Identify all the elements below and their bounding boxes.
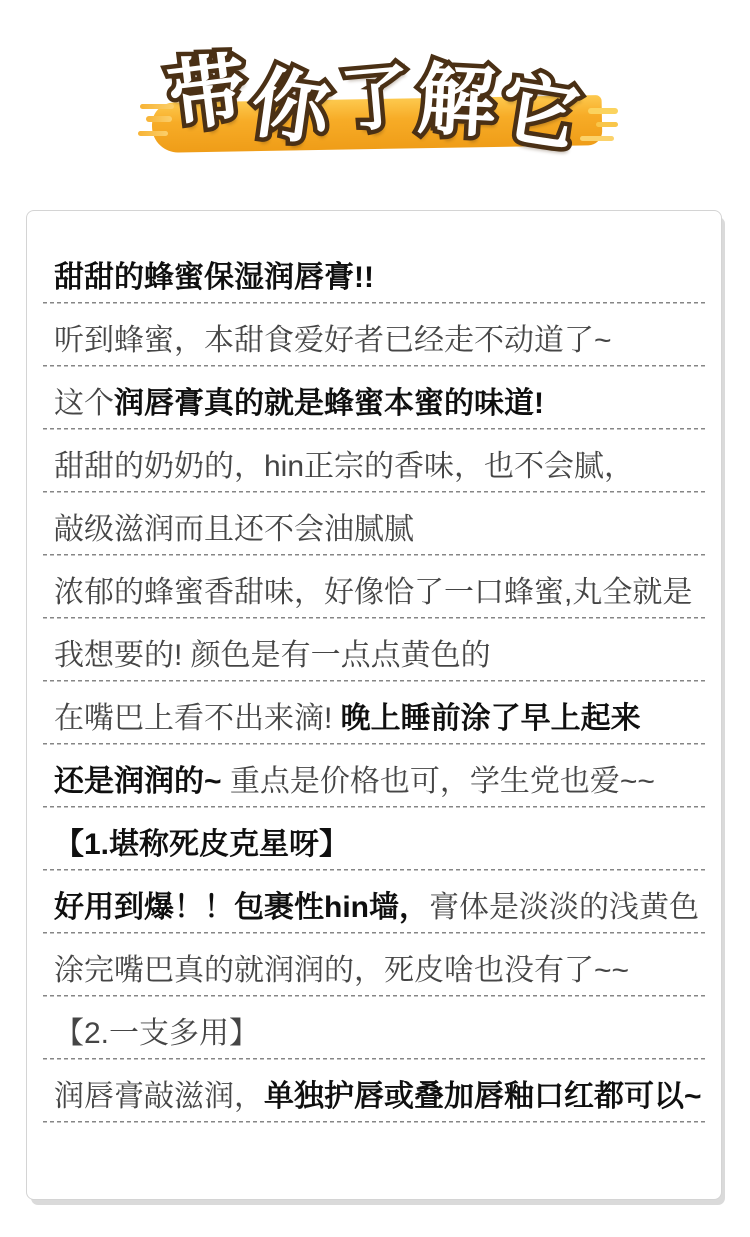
- page-title: 带 你 了 解 它: [0, 52, 750, 130]
- text-segment: 涂完嘴巴真的就润润的，死皮啥也没有了~~: [54, 956, 629, 986]
- dashed-divider: [43, 491, 705, 493]
- content-row: 甜甜的蜂蜜保湿润唇膏!!: [41, 260, 707, 304]
- title-char: 你: [247, 63, 335, 151]
- text-segment: 还是润润的~: [54, 767, 230, 797]
- dashed-divider: [43, 806, 705, 808]
- dashed-divider: [43, 995, 705, 997]
- text-segment: 润唇膏真的就是蜂蜜本蜜的味道!: [114, 389, 544, 419]
- text-line: 浓郁的蜂蜜香甜味，好像恰了一口蜂蜜,丸全就是: [41, 575, 707, 611]
- text-segment: 【2.一支多用】: [54, 1019, 259, 1049]
- dashed-divider: [43, 365, 705, 367]
- text-line: 听到蜂蜜，本甜食爱好者已经走不动道了~: [41, 323, 707, 359]
- text-line: 甜甜的蜂蜜保湿润唇膏!!: [41, 260, 707, 296]
- content-row: 涂完嘴巴真的就润润的，死皮啥也没有了~~: [41, 953, 707, 997]
- text-line: 这个润唇膏真的就是蜂蜜本蜜的味道!: [41, 386, 707, 422]
- text-line: 我想要的! 颜色是有一点点黄色的: [41, 638, 707, 674]
- dashed-divider: [43, 932, 705, 934]
- dashed-divider: [43, 554, 705, 556]
- brush-splatter: [580, 136, 614, 141]
- text-segment: 重点是价格也可，学生党也爱~~: [230, 767, 655, 797]
- content-row: 听到蜂蜜，本甜食爱好者已经走不动道了~: [41, 323, 707, 367]
- content-row: 这个润唇膏真的就是蜂蜜本蜜的味道!: [41, 386, 707, 430]
- dashed-divider: [43, 1058, 705, 1060]
- text-line: 甜甜的奶奶的，hin正宗的香味，也不会腻，: [41, 449, 707, 485]
- content-row: 【2.一支多用】: [41, 1016, 707, 1060]
- content-row: 敲级滋润而且还不会油腻腻: [41, 512, 707, 556]
- content-row: 还是润润的~ 重点是价格也可，学生党也爱~~: [41, 764, 707, 808]
- content-row: 好用到爆！！包裹性hin墙，膏体是淡淡的浅黄色: [41, 890, 707, 934]
- text-line: 在嘴巴上看不出来滴! 晚上睡前涂了早上起来: [41, 701, 707, 737]
- text-segment: 在嘴巴上看不出来滴!: [54, 704, 341, 734]
- text-segment: 敲级滋润而且还不会油腻腻: [54, 515, 414, 545]
- text-segment: 甜甜的蜂蜜保湿润唇膏!!: [54, 263, 374, 293]
- content-row: 【1.堪称死皮克星呀】: [41, 827, 707, 871]
- title-banner: 带 你 了 解 它 带 你 了 解 它: [0, 0, 750, 172]
- dashed-divider: [43, 869, 705, 871]
- content-card: 甜甜的蜂蜜保湿润唇膏!! 听到蜂蜜，本甜食爱好者已经走不动道了~ 这个润唇膏真的…: [26, 210, 722, 1200]
- text-segment: 【1.堪称死皮克星呀】: [54, 830, 349, 860]
- text-segment: 我想要的! 颜色是有一点点黄色的: [54, 641, 491, 671]
- content-row: 浓郁的蜂蜜香甜味，好像恰了一口蜂蜜,丸全就是: [41, 575, 707, 619]
- text-segment: 单独护唇或叠加唇釉口红都可以~: [264, 1082, 702, 1112]
- content-row: 我想要的! 颜色是有一点点黄色的: [41, 638, 707, 682]
- dashed-divider: [43, 617, 705, 619]
- title-char: 带: [164, 50, 251, 137]
- dashed-divider: [43, 743, 705, 745]
- dashed-divider: [43, 680, 705, 682]
- text-segment: 好用到爆！！包裹性hin墙，: [54, 893, 429, 923]
- title-char: 它: [495, 68, 584, 157]
- text-segment: 听到蜂蜜，本甜食爱好者已经走不动道了~: [54, 326, 612, 356]
- content-row: 在嘴巴上看不出来滴! 晚上睡前涂了早上起来: [41, 701, 707, 745]
- text-line: 涂完嘴巴真的就润润的，死皮啥也没有了~~: [41, 953, 707, 989]
- text-segment: 膏体是淡淡的浅黄色: [429, 893, 699, 923]
- title-char: 解: [415, 60, 497, 142]
- text-line: 还是润润的~ 重点是价格也可，学生党也爱~~: [41, 764, 707, 800]
- brush-splatter: [138, 131, 168, 136]
- text-segment: 润唇膏敲滋润，: [54, 1082, 264, 1112]
- title-char: 了: [337, 55, 414, 139]
- text-line: 【2.一支多用】: [41, 1016, 707, 1052]
- text-segment: 甜甜的奶奶的，hin正宗的香味，也不会腻，: [54, 452, 634, 482]
- dashed-divider: [43, 1121, 705, 1123]
- text-line: 敲级滋润而且还不会油腻腻: [41, 512, 707, 548]
- dashed-divider: [43, 302, 705, 304]
- content-row: 甜甜的奶奶的，hin正宗的香味，也不会腻，: [41, 449, 707, 493]
- text-segment: 晚上睡前涂了早上起来: [341, 704, 641, 734]
- text-line: 好用到爆！！包裹性hin墙，膏体是淡淡的浅黄色: [41, 890, 707, 926]
- text-line: 润唇膏敲滋润，单独护唇或叠加唇釉口红都可以~: [41, 1079, 707, 1115]
- dashed-divider: [43, 428, 705, 430]
- content-row: 润唇膏敲滋润，单独护唇或叠加唇釉口红都可以~: [41, 1079, 707, 1123]
- text-segment: 这个: [54, 389, 114, 419]
- text-segment: 浓郁的蜂蜜香甜味，好像恰了一口蜂蜜,丸全就是: [54, 578, 692, 608]
- text-line: 【1.堪称死皮克星呀】: [41, 827, 707, 863]
